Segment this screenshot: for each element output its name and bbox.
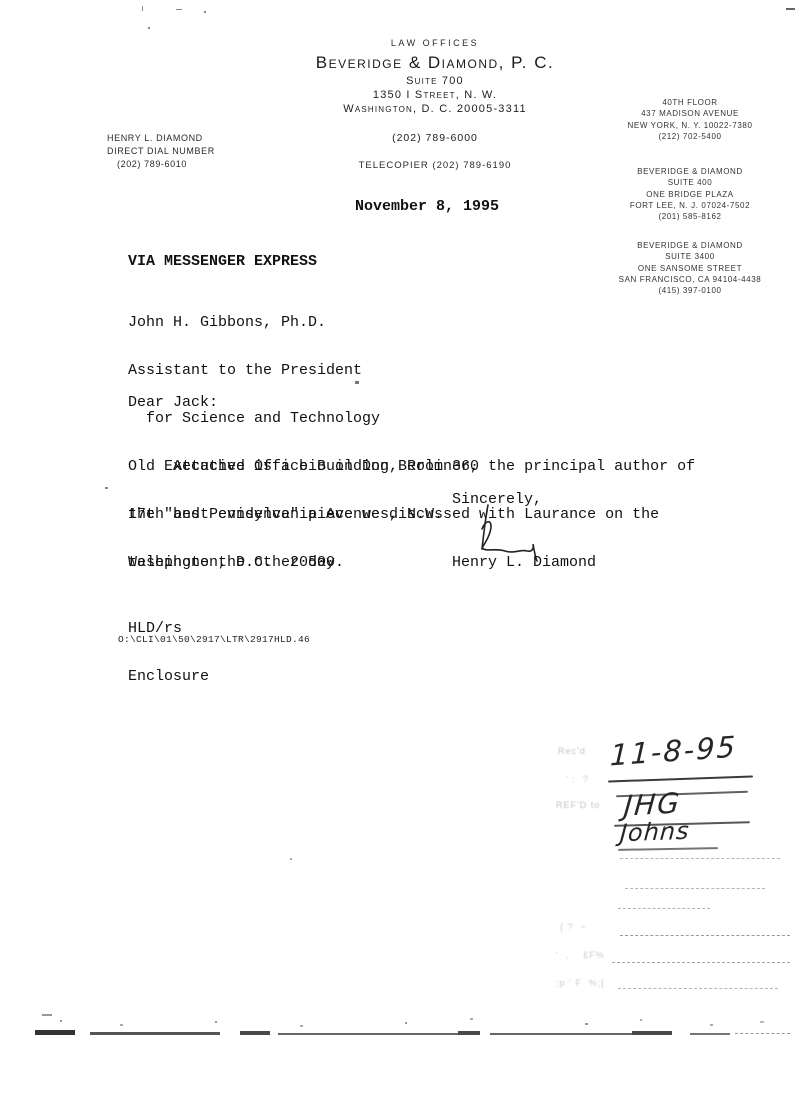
office-line: SUITE 400 (590, 177, 790, 188)
reference-block: HLD/rs Enclosure (128, 589, 209, 717)
faint-rule (618, 988, 778, 989)
recipient-line: Assistant to the President (128, 363, 479, 379)
faint-rule (618, 908, 710, 909)
signer-name: Henry L. Diamond (452, 555, 596, 571)
scan-artifact-band (0, 1012, 800, 1042)
scan-speck (176, 9, 182, 10)
office-line: (201) 585-8162 (590, 211, 790, 222)
stamp-label-refd-to: REF'D to (556, 800, 600, 810)
office-san-francisco: BEVERIDGE & DIAMOND SUITE 3400 ONE SANSO… (590, 240, 790, 296)
firm-name: Beveridge & Diamond, P. C. (270, 53, 600, 73)
office-line: FORT LEE, N. J. 07024-7502 (590, 200, 790, 211)
office-line: BEVERIDGE & DIAMOND (590, 240, 790, 251)
firm-suite: Suite 700 (270, 75, 600, 87)
stamp-smudge: ' ; ? (566, 774, 589, 784)
faint-rule (625, 888, 765, 889)
handwritten-date: 11-8-95 (610, 729, 738, 772)
office-new-york: 40TH FLOOR 437 MADISON AVENUE NEW YORK, … (590, 97, 790, 142)
delivery-method: VIA MESSENGER EXPRESS (128, 254, 317, 270)
scanned-letter-page: LAW OFFICES Beveridge & Diamond, P. C. S… (0, 0, 800, 1104)
stamp-smudge: ;p ' F %;[ (556, 978, 605, 988)
letter-date: November 8, 1995 (355, 199, 499, 215)
scan-speck (148, 27, 150, 29)
office-line: SUITE 3400 (590, 251, 790, 262)
office-fort-lee: BEVERIDGE & DIAMOND SUITE 400 ONE BRIDGE… (590, 166, 790, 222)
stamp-rule (618, 847, 718, 851)
direct-dial-label: DIRECT DIAL NUMBER (107, 145, 237, 158)
faint-rule (620, 935, 790, 936)
document-file-path: O:\CLI\01\50\2917\LTR\2917HLD.46 (118, 634, 310, 645)
office-line: SAN FRANCISCO, CA 94104-4438 (590, 274, 790, 285)
body-paragraph: Attached is a bio on Don Berliner, the p… (128, 427, 695, 603)
scan-speck (204, 11, 206, 13)
scan-speck (355, 381, 359, 384)
recipient-line: for Science and Technology (128, 411, 479, 427)
office-line: NEW YORK, N. Y. 10022-7380 (590, 120, 790, 131)
scan-speck (786, 8, 795, 10)
firm-city: Washington, D. C. 20005-3311 (270, 103, 600, 115)
direct-dial-name: HENRY L. DIAMOND (107, 132, 237, 145)
body-line: the "best evidence" piece we discussed w… (128, 507, 695, 523)
body-line: telephone the other day. (128, 555, 695, 571)
office-line: (415) 397-0100 (590, 285, 790, 296)
direct-dial-block: HENRY L. DIAMOND DIRECT DIAL NUMBER (202… (107, 132, 237, 171)
enclosure-note: Enclosure (128, 669, 209, 685)
stamp-smudge: ' , £F% (556, 950, 605, 960)
office-line: (212) 702-5400 (590, 131, 790, 142)
firm-phone: (202) 789-6000 (270, 132, 600, 144)
scan-speck (290, 858, 292, 860)
law-offices-label: LAW OFFICES (270, 38, 600, 48)
faint-rule (620, 858, 780, 859)
letterhead: LAW OFFICES Beveridge & Diamond, P. C. S… (270, 38, 600, 115)
stamp-label-received: Rec'd (558, 746, 586, 756)
office-line: ONE SANSOME STREET (590, 263, 790, 274)
office-line: 40TH FLOOR (590, 97, 790, 108)
firm-telecopier: TELECOPIER (202) 789-6190 (270, 160, 600, 171)
stamp-rule (608, 775, 753, 782)
scan-speck (105, 487, 108, 489)
scan-speck (142, 6, 143, 11)
salutation: Dear Jack: (128, 395, 218, 411)
stamp-smudge: { ? ~ (560, 922, 587, 932)
faint-rule (612, 962, 790, 963)
office-line: BEVERIDGE & DIAMOND (590, 166, 790, 177)
office-line: ONE BRIDGE PLAZA (590, 189, 790, 200)
office-line: 437 MADISON AVENUE (590, 108, 790, 119)
recipient-line: John H. Gibbons, Ph.D. (128, 315, 479, 331)
handwritten-name: Johns (619, 817, 691, 848)
direct-dial-phone: (202) 789-6010 (107, 158, 237, 171)
firm-street: 1350 I Street, N. W. (270, 89, 600, 101)
body-line: Attached is a bio on Don Berliner, the p… (128, 459, 695, 475)
